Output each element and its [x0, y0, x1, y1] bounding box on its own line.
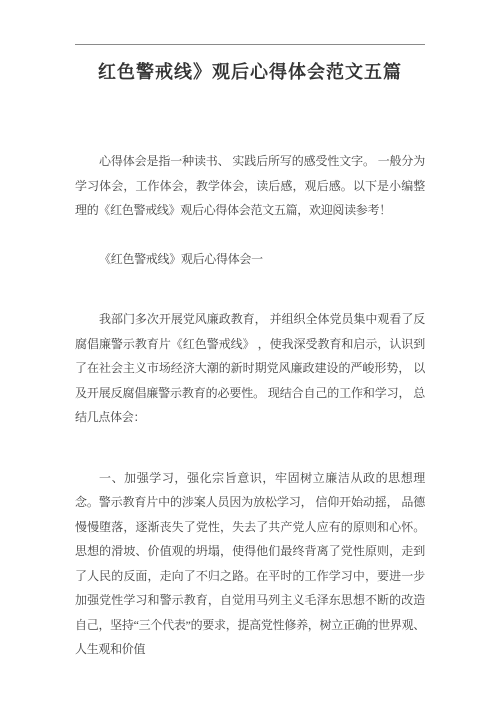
section-one-paragraph-2: 一、加强学习，强化宗旨意识，牢固树立廉洁从政的思想理念。警示教育片中的涉案人员因…: [75, 466, 425, 662]
horizontal-rule: [75, 44, 425, 45]
section-one-paragraph-1: 我部门多次开展党风廉政教育， 并组织全体党员集中观看了反腐倡廉警示教育片《红色警…: [75, 307, 425, 430]
document-page: 红色警戒线》观后心得体会范文五篇 心得体会是指一种读书、 实践后所写的感受性文字…: [0, 0, 500, 708]
document-title: 红色警戒线》观后心得体会范文五篇: [75, 59, 425, 85]
document-content: 红色警戒线》观后心得体会范文五篇 心得体会是指一种读书、 实践后所写的感受性文字…: [0, 0, 500, 662]
section-one-heading: 《红色警戒线》观后心得体会一: [75, 247, 425, 272]
intro-paragraph: 心得体会是指一种读书、 实践后所写的感受性文字。 一般分为学习体会，工作体会，教…: [75, 149, 425, 223]
